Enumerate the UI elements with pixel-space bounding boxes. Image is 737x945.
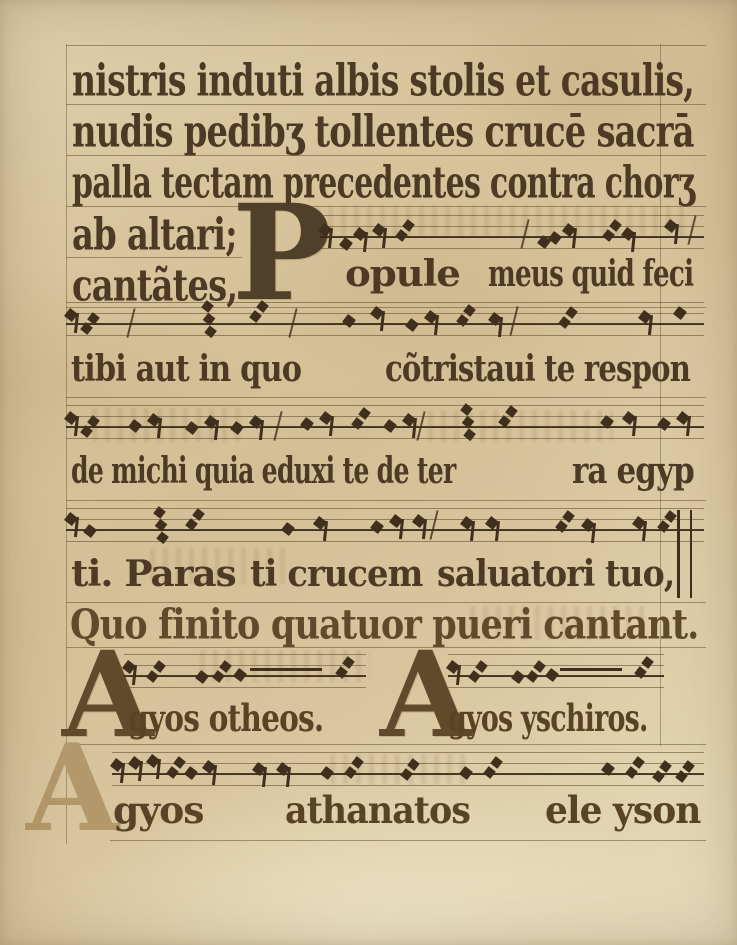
neume-u <box>168 760 184 782</box>
initial-letter-P: P <box>232 198 331 310</box>
lyric-text: saluatori tuo, <box>437 555 674 595</box>
instruction-text: nistris induti albis stolis et casulis, <box>72 57 694 106</box>
neume-u <box>485 760 501 782</box>
lyric-text: gyos otheos. <box>128 699 323 740</box>
neume-p <box>233 668 247 682</box>
neume-v <box>372 308 384 334</box>
neume-p <box>195 670 209 684</box>
neume-u <box>402 762 418 784</box>
lyric-segment: saluatori tuo, <box>437 556 674 595</box>
neume-p <box>184 766 198 780</box>
lyric-segment: ti. Paras <box>71 556 236 595</box>
lyric-text: ra egyp <box>572 452 694 492</box>
neume-c <box>201 300 214 313</box>
neume-u <box>337 660 353 682</box>
neume-p <box>320 766 334 780</box>
neume-v <box>404 415 416 441</box>
neume-s <box>509 306 518 336</box>
neume-p <box>230 421 244 435</box>
neume-v <box>66 514 78 540</box>
lyric-text: opule <box>345 255 460 295</box>
lyric-segment: ti crucem <box>250 556 422 595</box>
neume-v <box>278 764 290 790</box>
neume-v <box>640 312 652 338</box>
lyric-text: ti crucem <box>250 555 422 595</box>
neume-p <box>370 520 384 534</box>
neume-v <box>391 516 403 542</box>
neume-p <box>657 417 671 431</box>
neume-v <box>149 415 161 441</box>
neume-p <box>341 314 355 328</box>
lyric-segment: tibi aut in quo <box>71 351 301 390</box>
ruling-line <box>66 397 706 398</box>
neume-v <box>374 225 386 251</box>
instruction-line-4: ab altari; <box>72 212 237 259</box>
lyric-segment: ra egyp <box>572 453 694 492</box>
neume-u <box>148 664 164 686</box>
neume-v <box>634 518 646 544</box>
neume-v <box>320 225 332 251</box>
neume-u <box>346 760 362 782</box>
lyric-text: gyos <box>113 791 203 832</box>
staff-dark-line <box>66 323 704 325</box>
lyric-segment: ele yson <box>545 792 700 832</box>
music-staff <box>66 508 704 543</box>
neume-v <box>124 662 136 688</box>
instruction-line-3: palla tectam precedentes contra chorʒ <box>72 160 694 207</box>
neume-v <box>206 417 218 443</box>
neume-u <box>528 664 544 686</box>
neume-u <box>636 660 652 682</box>
neume-v <box>624 413 636 439</box>
lyric-text: meus quid feci <box>488 255 693 295</box>
lyric-text: ele yson <box>545 791 700 832</box>
neume-p <box>511 670 525 684</box>
neume-v <box>414 516 426 542</box>
music-staff <box>66 405 704 440</box>
neume-p <box>545 668 559 682</box>
neume-u <box>251 304 267 326</box>
lyric-segment: athanatos <box>285 792 470 832</box>
instruction-text: nudis pedibʒ tollentes crucē sacrā <box>72 108 694 157</box>
ruling-line <box>66 45 706 46</box>
neume-u <box>187 512 203 534</box>
neume-v <box>623 229 635 255</box>
neume-v <box>315 518 327 544</box>
music-staff <box>124 654 366 689</box>
neume-v <box>678 413 690 439</box>
lyric-text: cõtristaui te respon <box>385 350 690 390</box>
neume-p <box>281 522 295 536</box>
neume-p <box>405 318 419 332</box>
lyric-segment: gyos <box>113 792 203 832</box>
neume-u <box>214 664 230 686</box>
instruction-line-1: nistris induti albis stolis et casulis, <box>72 58 694 105</box>
neume-p <box>339 237 353 251</box>
lyric-segment: gyos otheos. <box>128 700 323 740</box>
lyric-segment: de michi quia eduxi te de ter <box>71 453 456 492</box>
neume-u <box>82 316 98 338</box>
neume-v <box>130 758 142 784</box>
neume-v <box>66 413 78 439</box>
neume-h <box>250 668 322 671</box>
neume-u <box>353 411 369 433</box>
neume-v <box>487 518 499 544</box>
neume-p <box>548 231 562 245</box>
instruction-text: palla tectam precedentes contra chorʒ <box>72 159 694 208</box>
neume-u <box>560 310 576 332</box>
neume-h <box>560 668 622 671</box>
neume-p <box>300 417 314 431</box>
lyric-segment: opule <box>345 256 460 295</box>
neume-u <box>397 223 413 245</box>
neume-u <box>500 409 516 431</box>
neume-v <box>204 762 216 788</box>
neume-u <box>659 514 675 536</box>
neume-u <box>654 764 670 786</box>
neume-s <box>687 215 696 245</box>
neume-u <box>458 308 474 330</box>
manuscript-page: nistris induti albis stolis et casulis, … <box>0 0 737 945</box>
neume-u <box>627 760 643 782</box>
neume-u <box>677 764 693 786</box>
neume-u <box>82 419 98 441</box>
neume-u <box>604 223 620 245</box>
neume-v <box>583 520 595 546</box>
lyric-text: gyos yschiros. <box>448 699 648 740</box>
neume-s <box>520 219 529 249</box>
neume-p <box>185 421 199 435</box>
lyric-text: tibi aut in quo <box>71 350 301 390</box>
ruling-line <box>110 840 706 841</box>
neume-u <box>470 664 486 686</box>
neume-d <box>677 510 692 598</box>
neume-p <box>128 419 142 433</box>
neume-v <box>666 221 678 247</box>
music-staff <box>112 752 704 787</box>
neume-c <box>460 403 473 416</box>
neume-v <box>490 314 502 340</box>
neume-s <box>429 510 438 540</box>
neume-v <box>254 764 266 790</box>
neume-v <box>462 518 474 544</box>
lyric-text: ti. Paras <box>71 555 236 595</box>
neume-v <box>426 312 438 338</box>
neume-v <box>564 225 576 251</box>
neume-p <box>673 306 687 320</box>
neume-v <box>66 310 78 336</box>
neume-v <box>148 756 160 782</box>
neume-v <box>321 413 333 439</box>
neume-c <box>153 506 166 519</box>
initial-letter-A-faded: A <box>26 738 119 840</box>
neume-v <box>448 662 460 688</box>
lyric-segment: cõtristaui te respon <box>385 351 690 390</box>
instruction-text: ab altari; <box>72 211 237 260</box>
staff-dark-line <box>66 529 704 531</box>
music-staff <box>448 654 664 689</box>
neume-p <box>383 419 397 433</box>
lyric-segment: gyos yschiros. <box>448 700 648 740</box>
lyric-text: athanatos <box>285 791 470 832</box>
neume-p <box>459 766 473 780</box>
ruling-line <box>66 500 706 501</box>
lyric-segment: meus quid feci <box>488 256 693 295</box>
music-staff <box>320 215 704 250</box>
neume-p <box>83 524 97 538</box>
neume-v <box>112 760 124 786</box>
neume-u <box>557 514 573 536</box>
lyric-text: de michi quia eduxi te de ter <box>71 452 456 492</box>
neume-v <box>355 229 367 255</box>
music-staff <box>66 302 704 337</box>
neume-v <box>251 417 263 443</box>
instruction-line-2: nudis pedibʒ tollentes crucē sacrā <box>72 109 694 156</box>
